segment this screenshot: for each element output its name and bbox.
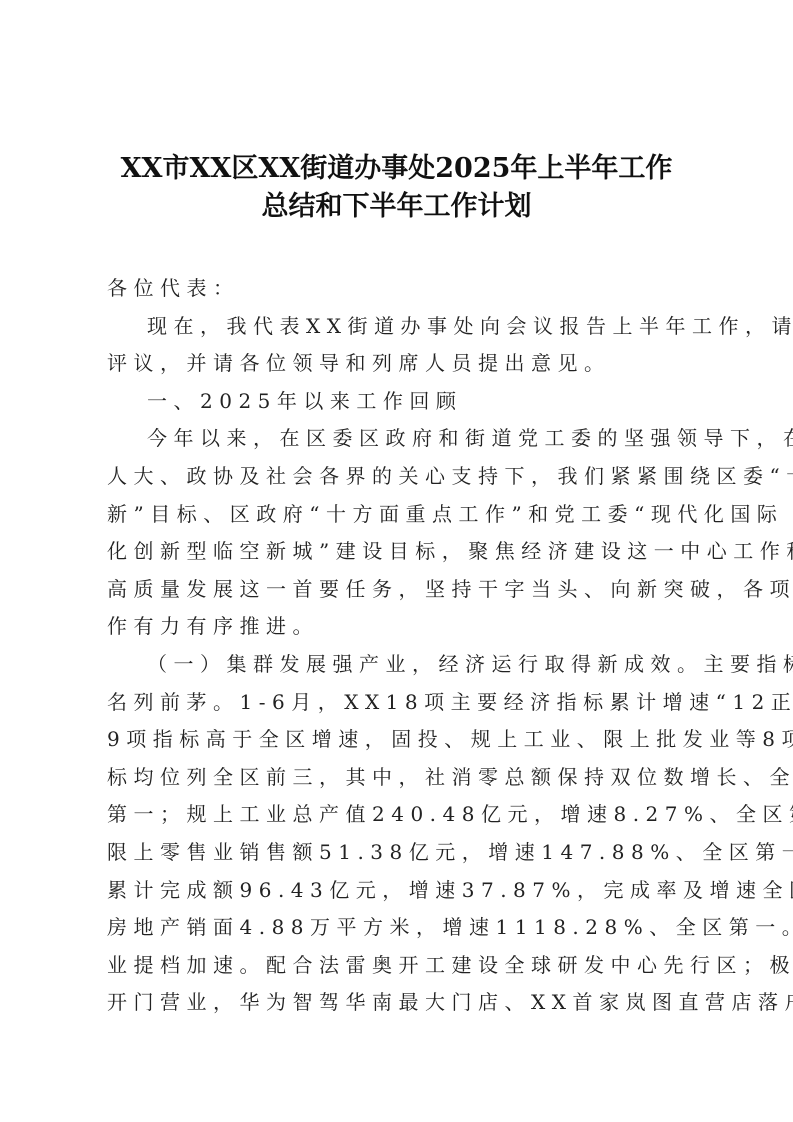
title-line-1: XX市XX区XX街道办事处2025年上半年工作 <box>80 150 713 188</box>
heading-line: 一、2025年以来工作回顾 <box>107 383 687 421</box>
paragraph-line: 新”目标、区政府“十方面重点工作”和党工委“现代化国际 <box>107 496 687 534</box>
paragraph-line: 业提档加速。配合法雷奥开工建设全球研发中心先行区；极氪 <box>107 947 687 985</box>
document-title: XX市XX区XX街道办事处2025年上半年工作 总结和下半年工作计划 <box>80 150 713 226</box>
paragraph-line: 累计完成额96.43亿元，增速37.87%，完成率及增速全区第一； <box>107 872 687 910</box>
paragraph-line: 现在，我代表XX街道办事处向会议报告上半年工作，请予 <box>107 308 687 346</box>
paragraph-industry: （一）集群发展强产业，经济运行取得新成效。主要指标 名列前茅。1-6月，XX18… <box>107 646 687 1022</box>
paragraph-line: 9项指标高于全区增速，固投、规上工业、限上批发业等8项指 <box>107 721 687 759</box>
paragraph-line: 限上零售业销售额51.38亿元，增速147.88%、全区第一；固投 <box>107 834 687 872</box>
paragraph-line: 标均位列全区前三，其中，社消零总额保持双位数增长、全区 <box>107 759 687 797</box>
paragraph-line: 评议，并请各位领导和列席人员提出意见。 <box>107 345 687 383</box>
paragraph-line: 人大、政协及社会各界的关心支持下，我们紧紧围绕区委“十 <box>107 458 687 496</box>
paragraph-line: 名列前茅。1-6月，XX18项主要经济指标累计增速“12正6负”， <box>107 684 687 722</box>
paragraph-intro: 现在，我代表XX街道办事处向会议报告上半年工作，请予 评议，并请各位领导和列席人… <box>107 308 687 383</box>
paragraph-line: （一）集群发展强产业，经济运行取得新成效。主要指标 <box>107 646 687 684</box>
paragraph-line: 作有力有序推进。 <box>107 608 687 646</box>
document-body: 各位代表： 现在，我代表XX街道办事处向会议报告上半年工作，请予 评议，并请各位… <box>107 270 687 1022</box>
paragraph-line: 今年以来，在区委区政府和街道党工委的坚强领导下，在 <box>107 420 687 458</box>
salutation: 各位代表： <box>107 270 687 308</box>
document-page: XX市XX区XX街道办事处2025年上半年工作 总结和下半年工作计划 各位代表：… <box>0 0 793 1122</box>
section-heading: 一、2025年以来工作回顾 <box>107 383 687 421</box>
paragraph-line: 高质量发展这一首要任务，坚持干字当头、向新突破，各项工 <box>107 571 687 609</box>
paragraph-line: 房地产销面4.88万平方米，增速1118.28%、全区第一。汽车产 <box>107 909 687 947</box>
paragraph-line: 开门营业，华为智驾华南最大门店、XX首家岚图直营店落户； <box>107 984 687 1022</box>
paragraph-line: 第一；规上工业总产值240.48亿元，增速8.27%、全区第一； <box>107 796 687 834</box>
paragraph-overview: 今年以来，在区委区政府和街道党工委的坚强领导下，在 人大、政协及社会各界的关心支… <box>107 420 687 646</box>
paragraph-line: 化创新型临空新城”建设目标，聚焦经济建设这一中心工作和 <box>107 533 687 571</box>
title-line-2: 总结和下半年工作计划 <box>80 188 713 226</box>
